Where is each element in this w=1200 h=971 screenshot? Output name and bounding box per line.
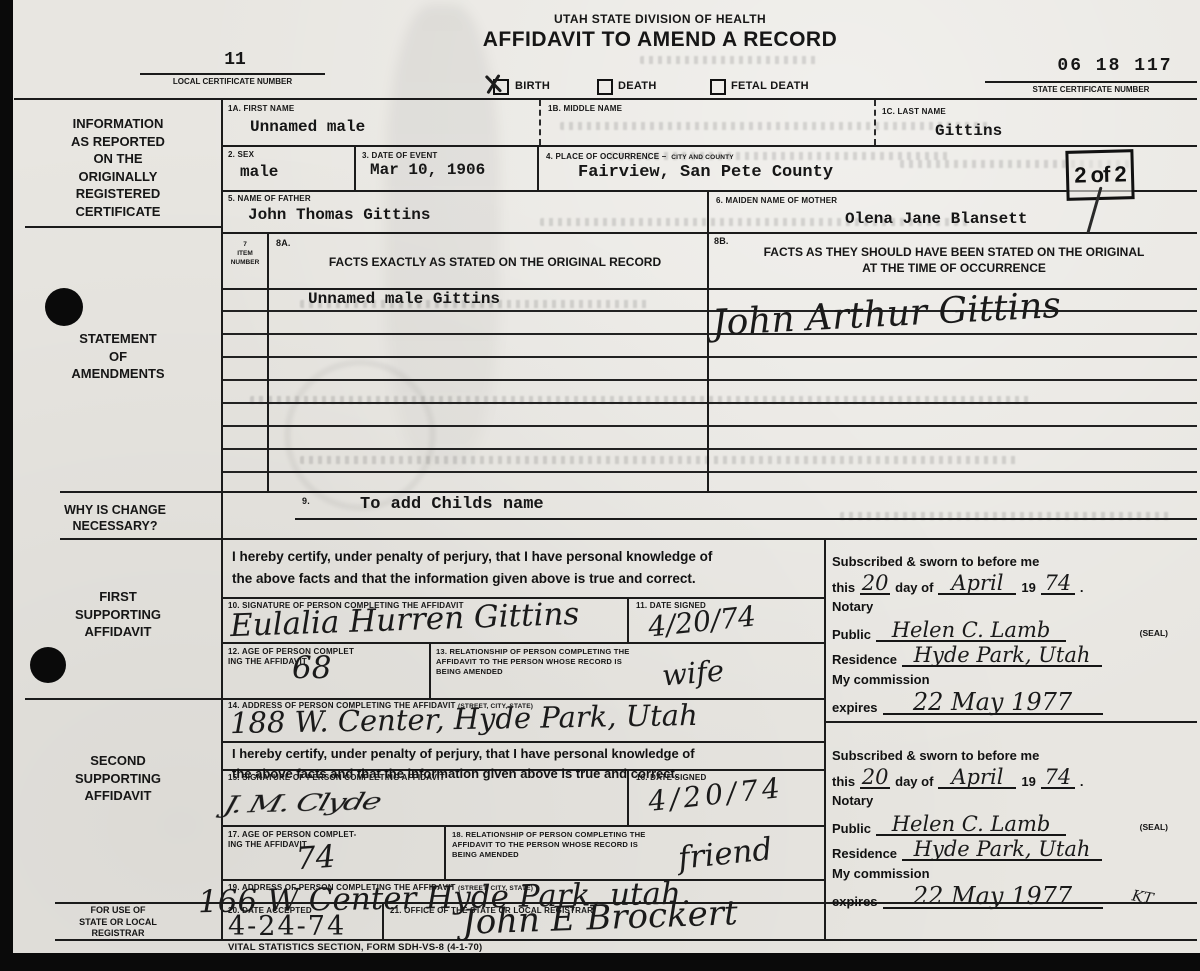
rule [825, 721, 1197, 723]
state-certificate-label: STATE CERTIFICATE NUMBER [988, 85, 1194, 94]
last-name-value: Gittins [935, 122, 1002, 140]
affidavit1-relationship-handwriting: wife [661, 653, 726, 692]
sidebar-amendments-label: STATEMENT OF AMENDMENTS [20, 330, 216, 383]
scan-artifact-text-ghost [640, 56, 820, 64]
notary-block-1: Subscribed & sworn to before me this 20 … [832, 548, 1194, 715]
death-checkbox [597, 79, 613, 95]
public-label: Public [832, 821, 871, 836]
fetal-death-checkbox [710, 79, 726, 95]
scan-artifact-text-ghost [560, 122, 990, 130]
rule [60, 491, 1197, 493]
year-prefix: 19 [1021, 774, 1035, 789]
rule [985, 81, 1197, 83]
notary-label: Notary [832, 789, 1194, 808]
notary-block-2: Subscribed & sworn to before me this 20 … [832, 742, 1194, 909]
notary-label: Notary [832, 595, 1194, 614]
sidebar-first-affidavit-label: FIRST SUPPORTING AFFIDAVIT [20, 588, 216, 641]
affidavit1-age-handwriting: 68 [292, 650, 331, 686]
date-of-event-value: Mar 10, 1906 [370, 161, 485, 179]
sex-value: male [240, 163, 278, 181]
commission-label: My commission [832, 667, 1194, 687]
agency-title: UTAH STATE DIVISION OF HEALTH [400, 12, 920, 26]
seal-label: (SEAL) [1140, 628, 1168, 638]
affidavit1-address-handwriting: 188 W. Center, Hyde Park, Utah [230, 698, 698, 740]
affidavit2-age-label: 17. AGE OF PERSON COMPLET- ING THE AFFID… [228, 830, 356, 851]
commission-expires-handwriting: 22 May 1977 [913, 882, 1072, 910]
sworn-month-handwriting: April [951, 765, 1003, 789]
facts-col-a-header: FACTS EXACTLY AS STATED ON THE ORIGINAL … [290, 255, 700, 269]
certification-text-1: I hereby certify, under penalty of perju… [232, 546, 824, 589]
place-value: Fairview, San Pete County [578, 163, 833, 182]
rule [874, 100, 876, 145]
affidavit1-relationship-label: 13. RELATIONSHIP OF PERSON COMPLETING TH… [436, 647, 630, 677]
form-number-footer: VITAL STATISTICS SECTION, FORM SDH-VS-8 … [228, 942, 482, 954]
first-name-label: 1A. FIRST NAME [228, 104, 294, 114]
rule [539, 100, 541, 145]
rule [354, 145, 356, 191]
sidebar-original-info-label: INFORMATION AS REPORTED ON THE ORIGINALL… [20, 115, 216, 220]
sworn-day-handwriting: 20 [862, 571, 889, 595]
sworn-day-handwriting: 20 [862, 765, 889, 789]
rule [267, 232, 269, 492]
scanned-affidavit-document: UTAH STATE DIVISION OF HEALTH AFFIDAVIT … [0, 0, 1200, 971]
rule [222, 145, 1197, 147]
annotation-handwriting: KT [1131, 886, 1155, 907]
rule [627, 597, 629, 643]
expires-label: expires [832, 894, 878, 909]
place-label: 4. PLACE OF OCCURRENCE – [546, 152, 666, 161]
rule [14, 98, 1197, 100]
affidavit2-relationship-handwriting: friend [676, 831, 774, 877]
affidavit2-relationship-label: 18. RELATIONSHIP OF PERSON COMPLETING TH… [452, 830, 646, 860]
rule [25, 698, 825, 700]
day-of-label: day of [895, 774, 933, 789]
affidavit2-signature-handwriting: J. M. Clyde [221, 787, 384, 818]
registrar-signature-handwriting: John E Brockert [461, 893, 738, 943]
rule [222, 190, 1197, 192]
scan-edge-bottom [0, 953, 1200, 971]
facts-col-b-header: FACTS AS THEY SHOULD HAVE BEEN STATED ON… [718, 244, 1190, 276]
notary-name-handwriting: Helen C. Lamb [892, 812, 1051, 836]
birth-checkbox-x-mark [481, 73, 505, 95]
rule [824, 538, 826, 941]
sex-label: 2. SEX [228, 150, 254, 160]
sidebar-registrar-use-label: FOR USE OF STATE OR LOCAL REGISTRAR [20, 905, 216, 940]
last-name-label: 1C. LAST NAME [882, 107, 946, 117]
local-certificate-number: 11 [140, 50, 330, 70]
rule [222, 741, 825, 743]
commission-expires-handwriting: 22 May 1977 [913, 688, 1072, 716]
this-label: this [832, 580, 855, 595]
period: . [1080, 580, 1084, 595]
seal-label: (SEAL) [1140, 822, 1168, 832]
date-of-event-label: 3. DATE OF EVENT [362, 151, 438, 161]
year-prefix: 19 [1021, 580, 1035, 595]
rule [222, 642, 825, 644]
punch-hole-top [45, 288, 83, 326]
residence-label: Residence [832, 846, 897, 861]
mother-name-value: Olena Jane Blansett [845, 210, 1027, 228]
sworn-month-handwriting: April [951, 571, 1003, 595]
sworn-year-handwriting: 74 [1045, 765, 1072, 789]
form-title: AFFIDAVIT TO AMEND A RECORD [360, 28, 960, 52]
original-facts-value: Unnamed male Gittins [308, 290, 500, 308]
residence-label: Residence [832, 652, 897, 667]
rule [222, 825, 825, 827]
affidavit2-signature-label: 15. SIGNATURE OF PERSON COMPLETING AFFID… [228, 773, 445, 783]
facts-col-a-number: 8A. [276, 238, 291, 250]
rule [707, 190, 709, 492]
scan-edge-left [0, 0, 13, 971]
rule [444, 825, 446, 880]
punch-hole-bottom [30, 647, 66, 683]
reason-item-number: 9. [302, 496, 310, 508]
residence-handwriting: Hyde Park, Utah [914, 837, 1091, 861]
affidavit2-age-handwriting: 74 [295, 839, 337, 878]
expires-label: expires [832, 700, 878, 715]
sworn-year-handwriting: 74 [1045, 571, 1072, 595]
day-of-label: day of [895, 580, 933, 595]
local-certificate-label: LOCAL CERTIFICATE NUMBER [140, 77, 325, 86]
mother-name-label: 6. MAIDEN NAME OF MOTHER [716, 196, 837, 206]
rule [537, 145, 539, 191]
rule [55, 939, 1197, 941]
residence-handwriting: Hyde Park, Utah [914, 643, 1091, 667]
rule [140, 73, 325, 75]
place-sublabel: CITY AND COUNTY [671, 154, 734, 161]
period: . [1080, 774, 1084, 789]
rule [295, 518, 1197, 520]
rule [60, 538, 1197, 540]
sidebar-why-change-label: WHY IS CHANGE NECESSARY? [14, 502, 216, 535]
rule [25, 226, 222, 228]
father-name-label: 5. NAME OF FATHER [228, 194, 311, 204]
sworn-intro: Subscribed & sworn to before me [832, 742, 1194, 763]
date-accepted-handwriting: 4-24-74 [228, 911, 346, 942]
rule [429, 642, 431, 699]
public-label: Public [832, 627, 871, 642]
notary-name-handwriting: Helen C. Lamb [892, 618, 1051, 642]
middle-name-label: 1B. MIDDLE NAME [548, 104, 622, 114]
reason-value: To add Childs name [360, 495, 544, 514]
death-checkbox-label: DEATH [618, 80, 657, 92]
first-name-value: Unnamed male [250, 118, 365, 136]
state-certificate-number: 06 18 117 [1040, 56, 1190, 76]
sworn-intro: Subscribed & sworn to before me [832, 548, 1194, 569]
this-label: this [832, 774, 855, 789]
sidebar-second-affidavit-label: SECOND SUPPORTING AFFIDAVIT [20, 752, 216, 805]
birth-checkbox-label: BIRTH [515, 80, 550, 92]
rule [222, 232, 1197, 234]
commission-label: My commission [832, 861, 1194, 881]
father-name-value: John Thomas Gittins [248, 206, 430, 224]
item-number-column-header: 7 ITEM NUMBER [224, 240, 266, 267]
fetal-death-checkbox-label: FETAL DEATH [731, 80, 809, 92]
